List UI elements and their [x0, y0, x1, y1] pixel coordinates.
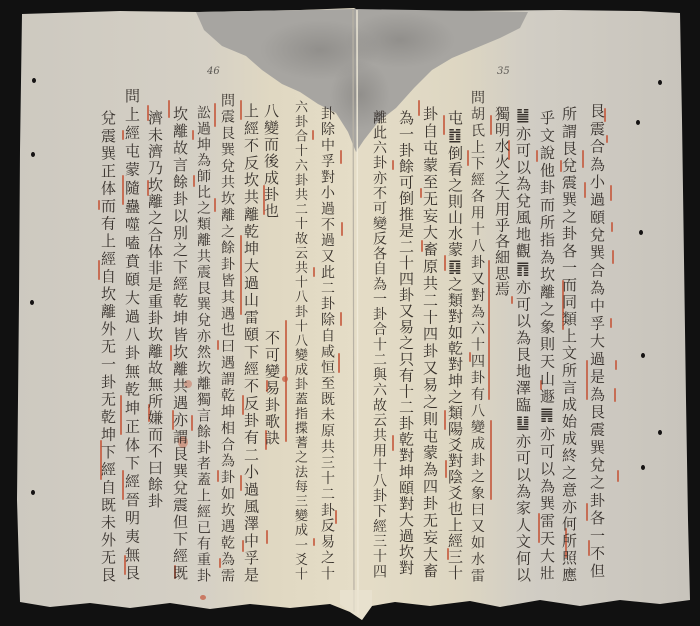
manuscript-photo: 46 卦除中孚對小過不過又此二卦除自咸恒至既未原共三十二卦反易之十 六卦合十六卦…: [0, 0, 700, 626]
text-column: 卦自屯蒙至无妄大畜原共二十四卦又易之則屯蒙為四卦无妄大畜: [421, 106, 439, 578]
text-column: 所謂艮兌震巽之卦各一而同類上文所言成始成終之意亦何所照應: [560, 106, 578, 582]
text-column: 問胡氏上下經各用十八卦又對為六十四卦有八變成卦之象曰又如水雷: [468, 90, 486, 582]
right-page: 35 艮震合為小過頤兌巽合為中孚大過是為艮震巽兌之卦各一不但 所謂艮兌震巽之卦各…: [0, 0, 700, 626]
text-column: 獨明水火之大用乎各細思焉: [493, 106, 511, 296]
page-number: 35: [497, 66, 510, 77]
text-column: 為一卦餘可倒推是二十四卦又易之只有十二卦乾對坤頤對大過坎對: [397, 110, 415, 575]
text-column: ䷡亦可以為兌風地觀䷓亦可以為艮地澤臨䷒亦可以為家人文何以: [514, 106, 532, 582]
text-column: 屯䷂倒看之則山水蒙䷃之類對如乾對坤之類陽爻對陰爻也上經三十: [446, 110, 464, 580]
text-column: 艮震合為小過頤兌巽合為中孚大過是為艮震巽兌之卦各一不但: [588, 103, 606, 578]
text-column: 離此六卦亦不可變反各自為一卦合十二與六故云共用十八卦下經三十四: [370, 110, 388, 578]
text-column: 乎文說他卦而所指為坎離之象則天山遯䷠亦可以為巽雷天大壯: [538, 110, 556, 580]
